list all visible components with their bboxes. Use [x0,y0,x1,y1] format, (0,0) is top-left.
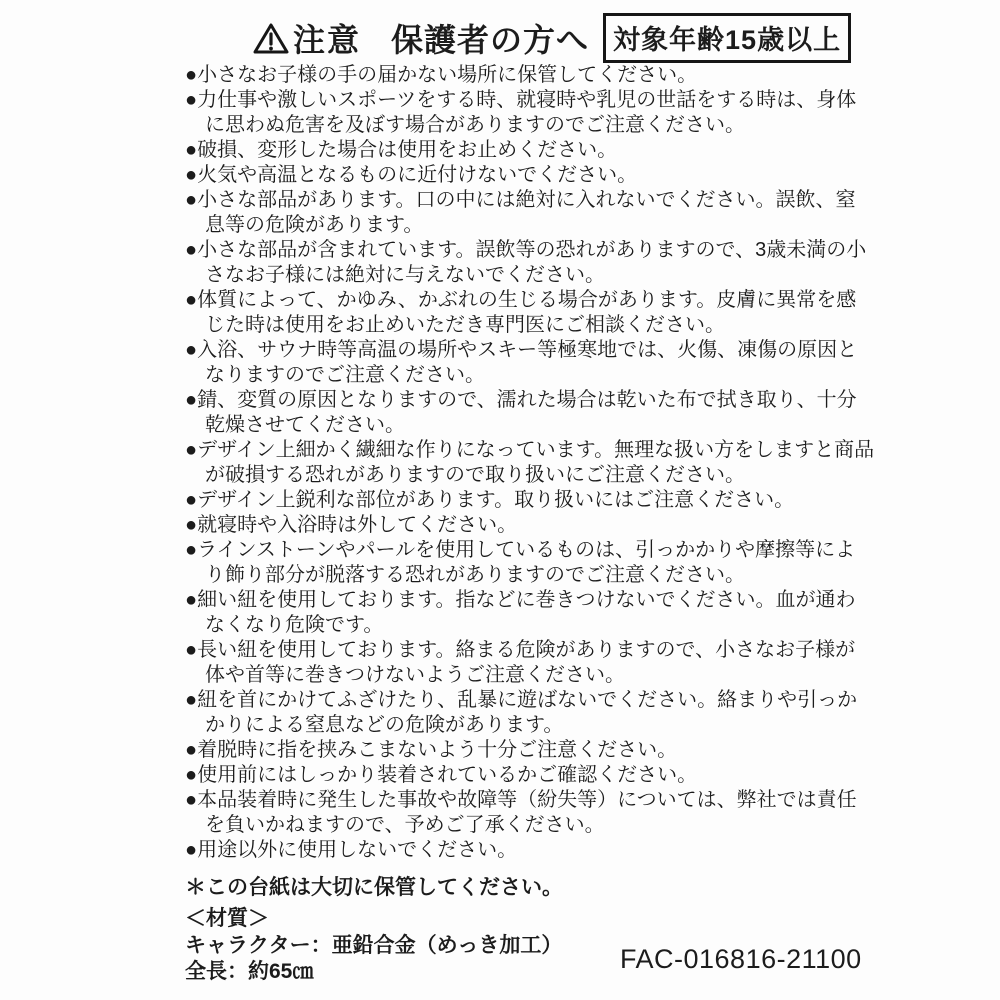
material-character: キャラクター：亜鉛合金（めっき加工） [185,933,562,960]
caution-list-item: ●着脱時に指を挟みこまないよう十分ご注意ください。 [185,738,875,763]
product-code: FAC-016816-21100 [620,944,862,975]
caution-list-item: ●細い紐を使用しております。指などに巻きつけないでください。血が通わなくなり危険… [185,588,875,638]
caution-list-item: ●本品装着時に発生した事故や故障等（紛失等）については、弊社では責任を負いかねま… [185,788,875,838]
caution-list: ●小さなお子様の手の届かない場所に保管してください。 ●力仕事や激しいスポーツを… [185,63,875,863]
page-title: 注意 [293,15,361,61]
caution-list-item: ●火気や高温となるものに近付けないでください。 [185,163,875,188]
caution-list-item: ●デザイン上細かく繊細な作りになっています。無理な扱い方をしますと商品が破損する… [185,438,875,488]
caution-list-item: ●長い紐を使用しております。絡まる危険がありますので、小さなお子様が体や首等に巻… [185,638,875,688]
age-restriction-box: 対象年齢15歳以上 [603,13,851,63]
caution-list-item: ●用途以外に使用しないでください。 [185,838,875,863]
warning-triangle-icon [253,22,289,55]
total-length: 全長：約65㎝ [185,959,562,986]
materials-section: ＜材質＞ キャラクター：亜鉛合金（めっき加工） 全長：約65㎝ [185,906,562,986]
caution-list-item: ●錆、変質の原因となりますので、濡れた場合は乾いた布で拭き取り、十分乾燥させてく… [185,388,875,438]
caution-list-item: ●使用前にはしっかり装着されているかご確認ください。 [185,763,875,788]
caution-card: 注意 保護者の方へ 対象年齢15歳以上 ●小さなお子様の手の届かない場所に保管し… [0,0,1000,1000]
caution-list-item: ●就寝時や入浴時は外してください。 [185,513,875,538]
header: 注意 保護者の方へ 対象年齢15歳以上 [253,13,851,63]
header-subtitle: 保護者の方へ [391,15,589,61]
caution-list-item: ●小さな部品があります。口の中には絶対に入れないでください。誤飲、窒息等の危険が… [185,188,875,238]
keep-card-note: ＊この台紙は大切に保管してください。 [185,871,563,901]
caution-list-item: ●小さなお子様の手の届かない場所に保管してください。 [185,63,875,88]
caution-list-item: ●入浴、サウナ時等高温の場所やスキー等極寒地では、火傷、凍傷の原因となりますので… [185,338,875,388]
materials-heading: ＜材質＞ [185,906,562,933]
caution-list-item: ●紐を首にかけてふざけたり、乱暴に遊ばないでください。絡まりや引っかかりによる窒… [185,688,875,738]
caution-list-item: ●破損、変形した場合は使用をお止めください。 [185,138,875,163]
caution-list-item: ●デザイン上鋭利な部位があります。取り扱いにはご注意ください。 [185,488,875,513]
caution-list-item: ●力仕事や激しいスポーツをする時、就寝時や乳児の世話をする時は、身体に思わぬ危害… [185,88,875,138]
caution-list-item: ●ラインストーンやパールを使用しているものは、引っかかりや摩擦等により飾り部分が… [185,538,875,588]
caution-list-item: ●体質によって、かゆみ、かぶれの生じる場合があります。皮膚に異常を感じた時は使用… [185,288,875,338]
caution-list-item: ●小さな部品が含まれています。誤飲等の恐れがありますので、3歳未満の小さなお子様… [185,238,875,288]
